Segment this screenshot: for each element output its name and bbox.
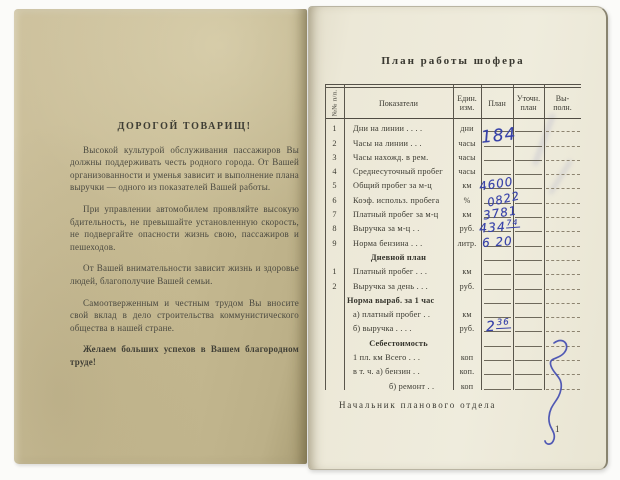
fill-line-cell <box>481 148 513 162</box>
blank-fill-line <box>515 274 542 275</box>
row-number-cell: 5 <box>325 176 344 190</box>
blank-fill-line <box>484 346 511 347</box>
row-unit-cell: км <box>453 205 481 219</box>
fill-line-cell <box>513 319 544 333</box>
row-indicator-cell: Выручка за м-ц . . <box>344 219 453 233</box>
blank-fill-line <box>515 317 542 318</box>
row-number-cell <box>325 291 344 305</box>
row-indicator-cell: Выручка за день . . . <box>344 276 453 290</box>
blank-fill-line <box>484 160 511 161</box>
fill-line-cell <box>513 133 544 147</box>
blank-fill-line <box>515 174 542 175</box>
blank-fill-line <box>484 260 511 261</box>
row-unit-cell <box>453 333 481 347</box>
right-page: План работы шофера №№ п/п. Показатели Ед… <box>308 6 608 470</box>
blank-fill-line <box>546 303 580 304</box>
blank-fill-line <box>515 260 542 261</box>
page-title: План работы шофера <box>325 55 581 67</box>
row-number-cell <box>325 333 344 347</box>
row-indicator-cell: б) ремонт . . <box>344 376 453 390</box>
row-number-cell: 2 <box>325 276 344 290</box>
fill-line-cell <box>513 305 544 319</box>
blank-fill-line <box>484 274 511 275</box>
paragraph-honest-work: Самоотверженным и честным трудом Вы внос… <box>70 297 299 335</box>
row-number-cell <box>325 376 344 390</box>
row-number-cell <box>325 305 344 319</box>
fill-line-cell <box>513 119 544 133</box>
fill-line-cell <box>513 262 544 276</box>
blank-fill-line <box>515 160 542 161</box>
fill-line-cell <box>544 162 581 176</box>
blank-fill-line <box>546 231 580 232</box>
row-number-cell <box>325 362 344 376</box>
fill-line-cell <box>544 305 581 319</box>
row-number-cell: 3 <box>325 148 344 162</box>
row-unit-cell <box>453 291 481 305</box>
row-unit-cell: литр. <box>453 233 481 247</box>
fill-line-cell <box>544 205 581 219</box>
blank-fill-line <box>546 317 580 318</box>
fill-line-cell <box>544 276 581 290</box>
row-number-cell: 9 <box>325 233 344 247</box>
row-indicator-cell: Платный пробег . . . <box>344 262 453 276</box>
row-unit-cell: дни <box>453 119 481 133</box>
table-vertical-rule <box>453 84 454 390</box>
blank-fill-line <box>546 131 580 132</box>
header-fulfilled: Вы- полн. <box>544 88 581 118</box>
fill-line-cell <box>544 233 581 247</box>
row-indicator-cell: Коэф. использ. пробега <box>344 190 453 204</box>
row-unit-cell: часы <box>453 162 481 176</box>
row-unit-cell: км <box>453 262 481 276</box>
blank-fill-line <box>484 374 511 375</box>
row-number-cell: 1 <box>325 262 344 276</box>
row-unit-cell: руб. <box>453 276 481 290</box>
fill-line-cell <box>544 119 581 133</box>
fill-line-cell <box>544 291 581 305</box>
row-indicator-cell: Часы нахожд. в рем. <box>344 148 453 162</box>
table-vertical-rule <box>325 84 326 390</box>
row-unit-cell: коп. <box>453 362 481 376</box>
fill-line-cell <box>544 133 581 147</box>
handwritten-hours-on-line: 184 <box>480 124 517 148</box>
blank-fill-line <box>484 303 511 304</box>
row-indicator-cell: Норма бензина . . . <box>344 233 453 247</box>
blank-fill-line <box>546 217 580 218</box>
row-unit-cell: руб. <box>453 219 481 233</box>
blank-fill-line <box>546 188 580 189</box>
header-unit: Един. изм. <box>453 88 481 118</box>
row-indicator-cell: Среднесуточный пробег <box>344 162 453 176</box>
row-number-cell: 6 <box>325 190 344 204</box>
fill-line-cell <box>544 319 581 333</box>
blank-fill-line <box>515 246 542 247</box>
table-vertical-rule <box>344 84 345 390</box>
row-number-cell: 4 <box>325 162 344 176</box>
fill-line-cell <box>544 176 581 190</box>
fill-line-cell <box>513 162 544 176</box>
paragraph-attentiveness: От Вашей внимательности зависит жизнь и … <box>70 262 299 287</box>
left-page-heading: ДОРОГОЙ ТОВАРИЩ! <box>70 121 299 134</box>
blank-fill-line <box>484 360 511 361</box>
fill-line-cell <box>544 219 581 233</box>
row-unit-cell: км <box>453 305 481 319</box>
paragraph-service-culture: Высокой культурой обслуживания пассажиро… <box>70 144 299 194</box>
blank-fill-line <box>546 260 580 261</box>
fill-line-cell <box>481 362 513 376</box>
header-indicator: Показатели <box>344 88 453 118</box>
row-unit-cell: км <box>453 176 481 190</box>
row-indicator-cell: в т. ч. а) бензин . . <box>344 362 453 376</box>
fill-line-cell <box>481 376 513 390</box>
header-adjusted-plan: Уточн. план <box>513 88 544 118</box>
handwritten-petrol-norm: 6 20 <box>482 234 514 250</box>
row-unit-cell: % <box>453 190 481 204</box>
header-row-number: №№ п/п. <box>325 88 344 118</box>
row-indicator-cell: Платный пробег за м-ц <box>344 205 453 219</box>
row-unit-cell: часы <box>453 148 481 162</box>
fill-line-cell <box>513 276 544 290</box>
header-plan: План <box>481 88 513 118</box>
left-page: ДОРОГОЙ ТОВАРИЩ! Высокой культурой обслу… <box>14 9 307 464</box>
blank-fill-line <box>546 203 580 204</box>
row-indicator-cell: Норма выраб. за 1 час <box>344 291 453 305</box>
footer-label: Начальник планового отдела <box>339 400 496 410</box>
row-number-cell: 7 <box>325 205 344 219</box>
blank-fill-line <box>546 331 580 332</box>
blank-fill-line <box>515 331 542 332</box>
blank-fill-line <box>484 289 511 290</box>
blank-fill-line <box>546 289 580 290</box>
row-indicator-cell: Себестоимость <box>344 333 453 347</box>
fill-line-cell <box>544 148 581 162</box>
left-page-text-block: ДОРОГОЙ ТОВАРИЩ! Высокой культурой обслу… <box>70 121 299 369</box>
blank-fill-line <box>515 188 542 189</box>
fill-line-cell <box>513 248 544 262</box>
row-unit-cell: коп <box>453 376 481 390</box>
handwritten-hourly-revenue: 236 <box>486 317 512 335</box>
blank-fill-line <box>484 389 511 390</box>
row-indicator-cell: Общий пробег за м-ц <box>344 176 453 190</box>
closing-wish: Желаем больших успехов в Вашем благородн… <box>70 343 299 368</box>
fill-line-cell <box>481 333 513 347</box>
row-unit-cell: руб. <box>453 319 481 333</box>
row-number-cell: 2 <box>325 133 344 147</box>
blank-fill-line <box>546 246 580 247</box>
page-number: 1 <box>555 424 560 434</box>
row-number-cell <box>325 319 344 333</box>
row-unit-cell: часы <box>453 133 481 147</box>
blank-fill-line <box>546 174 580 175</box>
fill-line-cell <box>481 276 513 290</box>
fill-line-cell <box>481 348 513 362</box>
fill-line-cell <box>513 233 544 247</box>
blank-fill-line <box>515 203 542 204</box>
blank-fill-line <box>515 289 542 290</box>
fill-line-cell <box>513 148 544 162</box>
blank-fill-line <box>515 131 542 132</box>
paragraph-driving-safety: При управлении автомобилем проявляйте вы… <box>70 203 299 253</box>
blank-fill-line <box>546 146 580 147</box>
blank-fill-line <box>515 146 542 147</box>
row-indicator-cell: б) выручка . . . . <box>344 319 453 333</box>
fill-line-cell <box>544 248 581 262</box>
fill-line-cell <box>513 291 544 305</box>
row-unit-cell <box>453 248 481 262</box>
row-number-cell: 8 <box>325 219 344 233</box>
handwritten-monthly-revenue: 43474 <box>479 218 521 236</box>
row-number-cell <box>325 248 344 262</box>
row-number-cell <box>325 348 344 362</box>
fill-line-cell <box>481 262 513 276</box>
fill-line-cell <box>544 190 581 204</box>
fill-line-cell <box>481 291 513 305</box>
row-indicator-cell: Дни на линии . . . . <box>344 119 453 133</box>
row-unit-cell: коп <box>453 348 481 362</box>
row-number-cell: 1 <box>325 119 344 133</box>
row-indicator-cell: Дневной план <box>344 248 453 262</box>
blank-fill-line <box>515 303 542 304</box>
fill-line-cell <box>544 262 581 276</box>
blank-fill-line <box>546 274 580 275</box>
row-indicator-cell: а) платный пробег . . <box>344 305 453 319</box>
row-indicator-cell: 1 пл. км Всего . . . <box>344 348 453 362</box>
blank-fill-line <box>546 160 580 161</box>
row-indicator-cell: Часы на линии . . . <box>344 133 453 147</box>
